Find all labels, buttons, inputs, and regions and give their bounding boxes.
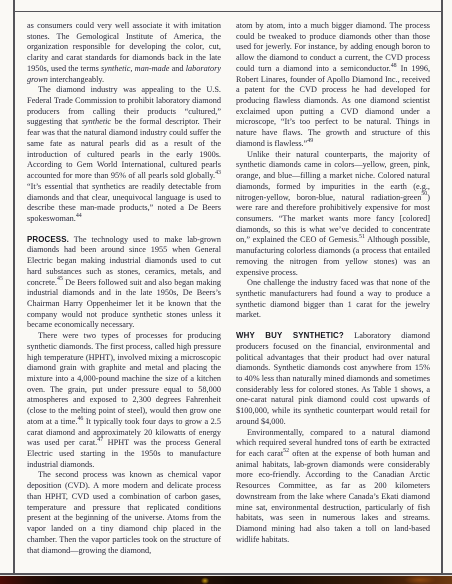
- footnote-ref: 49: [307, 138, 313, 144]
- page-border-left: [13, 0, 15, 578]
- paragraph: One challenge the industry faced was tha…: [236, 278, 430, 321]
- footnote-ref: 48: [391, 63, 397, 69]
- emphasized-text: synthetic: [101, 64, 130, 73]
- footnote-ref: 46: [77, 416, 83, 422]
- page-border-top: [13, 11, 443, 12]
- page-border-right: [441, 0, 443, 578]
- section-heading: WHY BUY SYNTHETIC?: [236, 331, 344, 340]
- section-heading: PROCESS.: [27, 235, 69, 244]
- column-right: atom by atom, into a much bigger diamond…: [236, 21, 430, 571]
- paragraph: There were two types of processes for pr…: [27, 331, 221, 470]
- paragraph: PROCESS. The technology used to make lab…: [27, 235, 221, 331]
- paragraph: WHY BUY SYNTHETIC? Laboratory diamond pr…: [236, 331, 430, 427]
- column-left: as consumers could very well associate i…: [27, 21, 221, 571]
- paragraph: as consumers could very well associate i…: [27, 21, 221, 85]
- footnote-ref: 44: [76, 213, 82, 219]
- paragraph: Environmentally, compared to a natural d…: [236, 428, 430, 546]
- footnote-ref: 45: [57, 276, 63, 282]
- emphasized-text: man-made: [135, 64, 170, 73]
- footnote-ref: 43: [215, 170, 221, 176]
- paragraph: Unlike their natural counterparts, the m…: [236, 150, 430, 279]
- footnote-ref: 47: [97, 437, 103, 443]
- paragraph: The second process was known as chemical…: [27, 470, 221, 556]
- paragraph: atom by atom, into a much bigger diamond…: [236, 21, 430, 150]
- footnote-ref: 51: [359, 234, 365, 240]
- case-study-text-block: as consumers could very well associate i…: [27, 21, 430, 571]
- footnote-ref: 52: [283, 448, 289, 454]
- emphasized-text: synthetic: [82, 117, 111, 126]
- photo-edge-strip: [0, 576, 452, 584]
- paragraph: The diamond industry was appealing to th…: [27, 85, 221, 224]
- footnote-ref: 50: [421, 191, 427, 197]
